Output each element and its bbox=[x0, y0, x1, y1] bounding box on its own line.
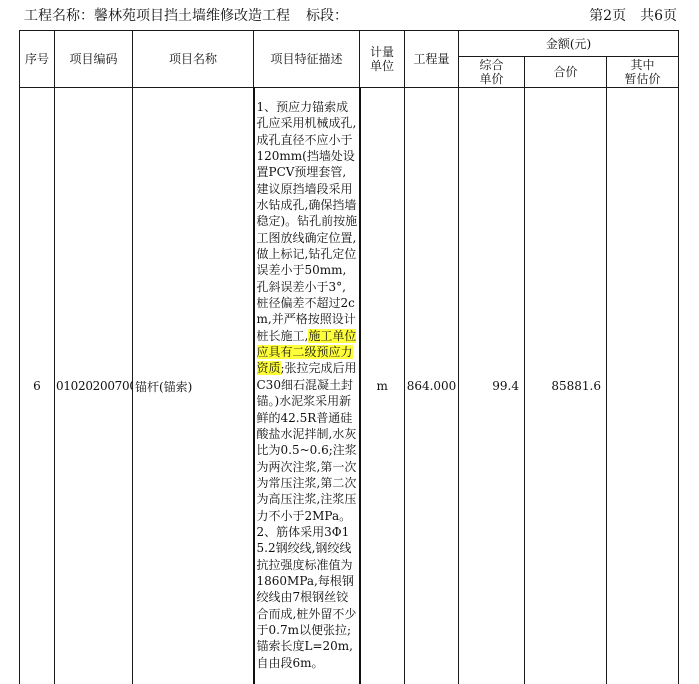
project-info: 工程名称：馨林苑项目挡土墙维修改造工程标段： bbox=[24, 6, 348, 26]
col-header-desc: 项目特征描述 bbox=[254, 31, 360, 88]
project-name: 馨林苑项目挡土墙维修改造工程 bbox=[94, 8, 290, 24]
description-part2: 2、筋体采用3Φ15.2钢绞线,钢绞线抗拉强度标准值为1860MPa,每根钢绞线… bbox=[257, 525, 357, 670]
table-row: 6 010202007001 锚杆(锚索) 1、预应力锚索成孔应采用机械成孔,成… bbox=[20, 88, 679, 684]
col-header-prov-line1: 其中 bbox=[607, 58, 678, 72]
section-label: 标段： bbox=[306, 8, 348, 24]
col-header-unit: 计量 单位 bbox=[360, 31, 405, 88]
col-header-seq: 序号 bbox=[20, 31, 55, 88]
project-label: 工程名称： bbox=[24, 8, 94, 24]
cell-total-price: 85881.6 bbox=[525, 88, 607, 684]
description-part1-end: ;张拉完成后用C30细石混凝土封锚。)水泥浆采用新鲜的42.5R普通硅酸盐水泥拌… bbox=[257, 361, 357, 522]
col-header-unit-line2: 单位 bbox=[360, 59, 404, 73]
col-header-rate-line2: 单价 bbox=[459, 72, 524, 86]
col-header-name: 项目名称 bbox=[133, 31, 254, 88]
cell-code: 010202007001 bbox=[55, 88, 133, 684]
page-info: 第2页共6页 bbox=[589, 6, 677, 26]
cell-description: 1、预应力锚索成孔应采用机械成孔,成孔直径不应小于120mm(挡墙处设置PCV预… bbox=[254, 88, 360, 684]
cell-provisional-price bbox=[607, 88, 679, 684]
description-text: 1、预应力锚索成孔应采用机械成孔,成孔直径不应小于120mm(挡墙处设置PCV预… bbox=[255, 99, 359, 671]
col-header-rate-line1: 综合 bbox=[459, 58, 524, 72]
description-part1: 1、预应力锚索成孔应采用机械成孔,成孔直径不应小于120mm(挡墙处设置PCV预… bbox=[257, 100, 358, 343]
col-header-provisional: 其中 暂估价 bbox=[607, 57, 679, 88]
cell-quantity: 864.000 bbox=[405, 88, 459, 684]
bill-of-quantities-table: 序号 项目编码 项目名称 项目特征描述 计量 单位 工程量 金额(元) 综合 单… bbox=[19, 30, 679, 684]
cell-seq: 6 bbox=[20, 88, 55, 684]
col-header-qty: 工程量 bbox=[405, 31, 459, 88]
page-total: 共6页 bbox=[640, 8, 677, 24]
col-header-total: 合价 bbox=[525, 57, 607, 88]
col-header-rate: 综合 单价 bbox=[459, 57, 525, 88]
col-header-amount: 金额(元) bbox=[459, 31, 679, 57]
col-header-code: 项目编码 bbox=[55, 31, 133, 88]
title-bar: 工程名称：馨林苑项目挡土墙维修改造工程标段： 第2页共6页 bbox=[24, 6, 677, 26]
col-header-unit-line1: 计量 bbox=[360, 45, 404, 59]
cell-name: 锚杆(锚索) bbox=[133, 88, 254, 684]
cell-unit: m bbox=[360, 88, 405, 684]
page-current: 第2页 bbox=[589, 8, 626, 24]
col-header-prov-line2: 暂估价 bbox=[607, 72, 678, 86]
cell-unit-rate: 99.4 bbox=[459, 88, 525, 684]
